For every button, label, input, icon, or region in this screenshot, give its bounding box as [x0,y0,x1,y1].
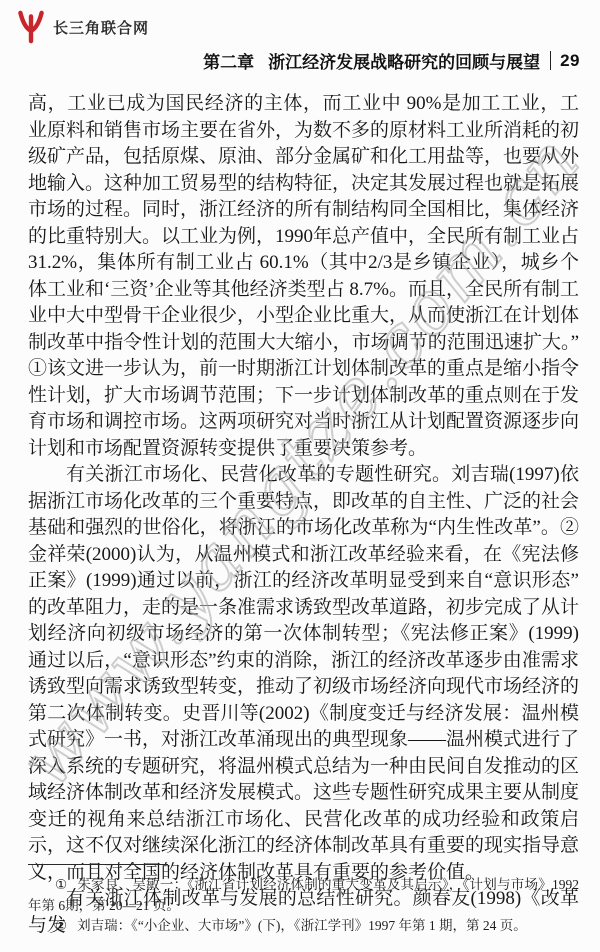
paragraph: 高，工业已成为国民经济的主体，而工业中 90%是加工工业，工业原料和销售市场主要… [28,91,579,462]
body-text: 高，工业已成为国民经济的主体，而工业中 90%是加工工业，工业原料和销售市场主要… [28,91,579,939]
chapter-heading: 第二章 浙江经济发展战略研究的回顾与展望 29 [203,48,580,73]
chapter-label: 第二章 [203,48,254,73]
footnote-text: 刘吉瑞：《“小企业、大市场”》(下)，《浙江学刊》1997 年第 1 期，第 2… [77,918,527,933]
footnote: ①朱家良、吴敏一：《浙江省计划经济体制的重大变革及其启示》，《计划与市场》199… [28,875,579,916]
footnote: ②刘吉瑞：《“小企业、大市场”》(下)，《浙江学刊》1997 年第 1 期，第 … [28,916,579,937]
chapter-title: 浙江经济发展战略研究的回顾与展望 [268,48,540,73]
page-number: 29 [560,51,580,71]
footnote-marker: ② [55,918,67,933]
footnote-text: 朱家良、吴敏一：《浙江省计划经济体制的重大变革及其启示》，《计划与市场》1992… [28,877,579,913]
logo-icon [16,10,46,44]
site-logo: 长三角联合网 [16,10,149,44]
paragraph: 有关浙江市场化、民营化改革的专题性研究。刘吉瑞(1997)依据浙江市场化改革的三… [28,462,579,886]
footnote-marker: ① [55,877,67,892]
footnotes: ①朱家良、吴敏一：《浙江省计划经济体制的重大变革及其启示》，《计划与市场》199… [28,864,579,937]
scanned-book-page: 长三角联合网 第二章 浙江经济发展战略研究的回顾与展望 29 www.yangt… [0,0,600,952]
footnote-divider [28,864,168,865]
site-name: 长三角联合网 [53,17,149,38]
page-number-separator [550,51,551,70]
